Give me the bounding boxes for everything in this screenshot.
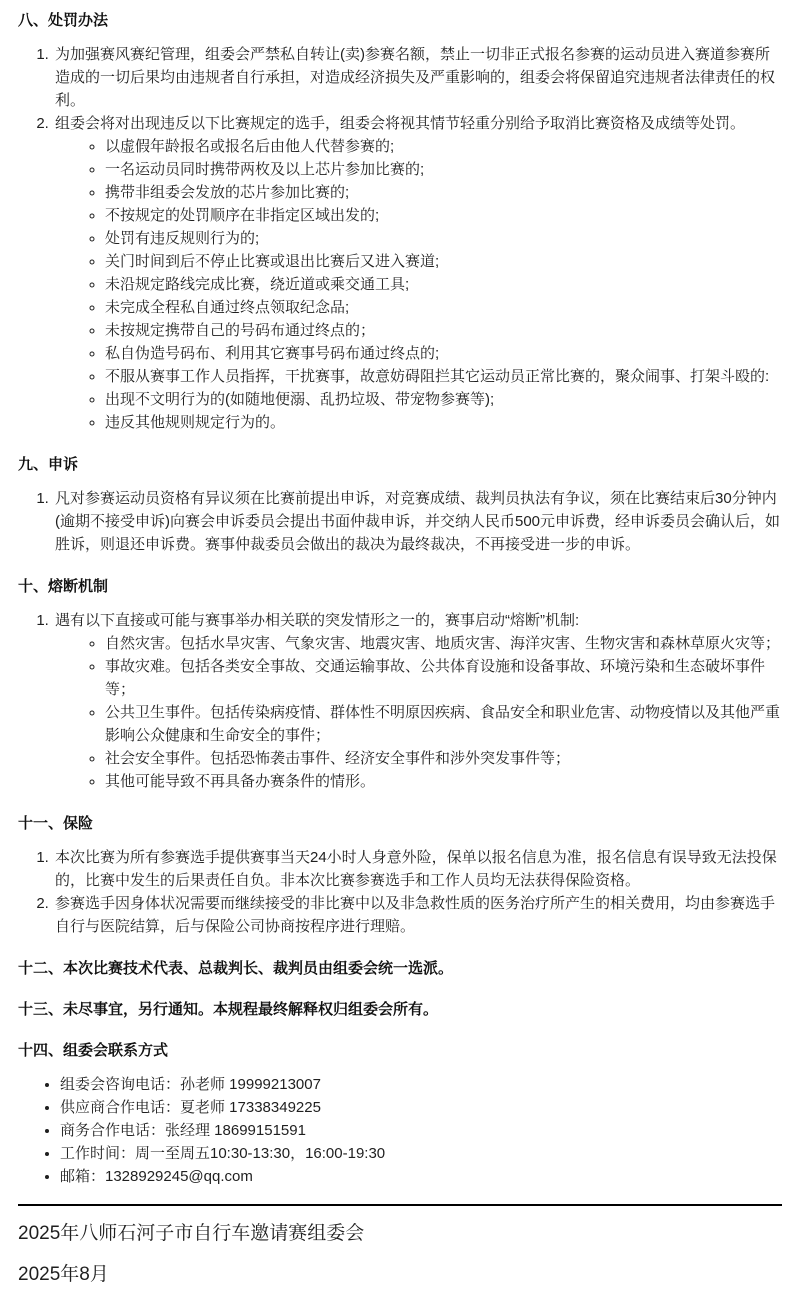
rule-item: 组委会将对出现违反以下比赛规定的选手，组委会将视其情节轻重分别给予取消比赛资格及… (53, 112, 782, 434)
rule-item: 参赛选手因身体状况需要而继续接受的非比赛中以及非急救性质的医务治疗所产生的相关费… (53, 892, 782, 938)
contact-item: 组委会咨询电话：孙老师 19999213007 (60, 1073, 782, 1096)
rule-item: 为加强赛风赛纪管理，组委会严禁私自转让(卖)参赛名额，禁止一切非正式报名参赛的运… (53, 43, 782, 112)
violation-item: 不服从赛事工作人员指挥，干扰赛事，故意妨碍阻拦其它运动员正常比赛的，聚众闹事、打… (105, 365, 782, 388)
rule-text: 为加强赛风赛纪管理，组委会严禁私自转让(卖)参赛名额，禁止一切非正式报名参赛的运… (55, 46, 775, 109)
section-13-heading: 十三、未尽事宜，另行通知。本规程最终解释权归组委会所有。 (18, 999, 782, 1020)
event-item: 事故灾难。包括各类安全事故、交通运输事故、公共体育设施和设备事故、环境污染和生态… (105, 655, 782, 701)
event-item: 其他可能导致不再具备办赛条件的情形。 (105, 770, 782, 793)
rule-item: 凡对参赛运动员资格有异议须在比赛前提出申诉，对竞赛成绩、裁判员执法有争议，须在比… (53, 487, 782, 556)
section-9-heading: 九、申诉 (18, 454, 782, 475)
violation-item: 不按规定的处罚顺序在非指定区域出发的; (105, 204, 782, 227)
section-10-list: 遇有以下直接或可能与赛事举办相关联的突发情形之一的，赛事启动“熔断”机制: 自然… (18, 609, 782, 793)
violation-item: 未按规定携带自己的号码布通过终点的； (105, 319, 782, 342)
rule-text: 凡对参赛运动员资格有异议须在比赛前提出申诉，对竞赛成绩、裁判员执法有争议，须在比… (55, 490, 780, 553)
event-item: 公共卫生事件。包括传染病疫情、群体性不明原因疾病、食品安全和职业危害、动物疫情以… (105, 701, 782, 747)
section-11-insurance-list: 本次比赛为所有参赛选手提供赛事当天24小时人身意外险，保单以报名信息为准，报名信… (18, 846, 782, 938)
section-8-heading: 八、处罚办法 (18, 10, 782, 31)
circuit-breaker-events-list: 自然灾害。包括水旱灾害、气象灾害、地震灾害、地质灾害、海洋灾害、生物灾害和森林草… (55, 632, 782, 793)
event-item: 社会安全事件。包括恐怖袭击事件、经济安全事件和涉外突发事件等； (105, 747, 782, 770)
rule-text: 本次比赛为所有参赛选手提供赛事当天24小时人身意外险，保单以报名信息为准，报名信… (55, 849, 777, 889)
section-12-heading: 十二、本次比赛技术代表、总裁判长、裁判员由组委会统一选派。 (18, 958, 782, 979)
footer-date: 2025年8月 (18, 1262, 782, 1288)
section-10-heading: 十、熔断机制 (18, 576, 782, 597)
violation-item: 携带非组委会发放的芯片参加比赛的; (105, 181, 782, 204)
rule-text: 遇有以下直接或可能与赛事举办相关联的突发情形之一的，赛事启动“熔断”机制: (55, 612, 579, 629)
violation-item: 处罚有违反规则行为的; (105, 227, 782, 250)
rule-item: 本次比赛为所有参赛选手提供赛事当天24小时人身意外险，保单以报名信息为准，报名信… (53, 846, 782, 892)
footer-organizer: 2025年八师石河子市自行车邀请赛组委会 (18, 1221, 782, 1247)
violation-item: 未沿规定路线完成比赛，绕近道或乘交通工具; (105, 273, 782, 296)
section-11-heading: 十一、保险 (18, 813, 782, 834)
event-item: 自然灾害。包括水旱灾害、气象灾害、地震灾害、地质灾害、海洋灾害、生物灾害和森林草… (105, 632, 782, 655)
contact-list: 组委会咨询电话：孙老师 19999213007 供应商合作电话：夏老师 1733… (18, 1073, 782, 1188)
violation-item: 违反其他规则规定行为的。 (105, 411, 782, 434)
section-9-list: 凡对参赛运动员资格有异议须在比赛前提出申诉，对竞赛成绩、裁判员执法有争议，须在比… (18, 487, 782, 556)
section-14-heading: 十四、组委会联系方式 (18, 1040, 782, 1061)
violation-item: 私自伪造号码布、利用其它赛事号码布通过终点的; (105, 342, 782, 365)
rule-text: 组委会将对出现违反以下比赛规定的选手，组委会将视其情节轻重分别给予取消比赛资格及… (55, 115, 745, 132)
violation-item: 关门时间到后不停止比赛或退出比赛后又进入赛道; (105, 250, 782, 273)
race-rules-document: 八、处罚办法 为加强赛风赛纪管理，组委会严禁私自转让(卖)参赛名额，禁止一切非正… (0, 0, 800, 1188)
violation-item: 以虚假年龄报名或报名后由他人代替参赛的; (105, 135, 782, 158)
document-footer: 2025年八师石河子市自行车邀请赛组委会 2025年8月 (0, 1204, 800, 1306)
violation-item: 一名运动员同时携带两枚及以上芯片参加比赛的; (105, 158, 782, 181)
section-8-rules-list: 为加强赛风赛纪管理，组委会严禁私自转让(卖)参赛名额，禁止一切非正式报名参赛的运… (18, 43, 782, 434)
rule-text: 参赛选手因身体状况需要而继续接受的非比赛中以及非急救性质的医务治疗所产生的相关费… (55, 895, 775, 935)
footer-divider (18, 1204, 782, 1206)
violations-list: 以虚假年龄报名或报名后由他人代替参赛的; 一名运动员同时携带两枚及以上芯片参加比… (55, 135, 782, 434)
contact-item: 供应商合作电话：夏老师 17338349225 (60, 1096, 782, 1119)
contact-item: 商务合作电话：张经理 18699151591 (60, 1119, 782, 1142)
violation-item: 出现不文明行为的(如随地便溺、乱扔垃圾、带宠物参赛等); (105, 388, 782, 411)
contact-item: 工作时间：周一至周五10:30-13:30，16:00-19:30 (60, 1142, 782, 1165)
rule-item: 遇有以下直接或可能与赛事举办相关联的突发情形之一的，赛事启动“熔断”机制: 自然… (53, 609, 782, 793)
contact-item: 邮箱：1328929245@qq.com (60, 1165, 782, 1188)
violation-item: 未完成全程私自通过终点领取纪念品; (105, 296, 782, 319)
